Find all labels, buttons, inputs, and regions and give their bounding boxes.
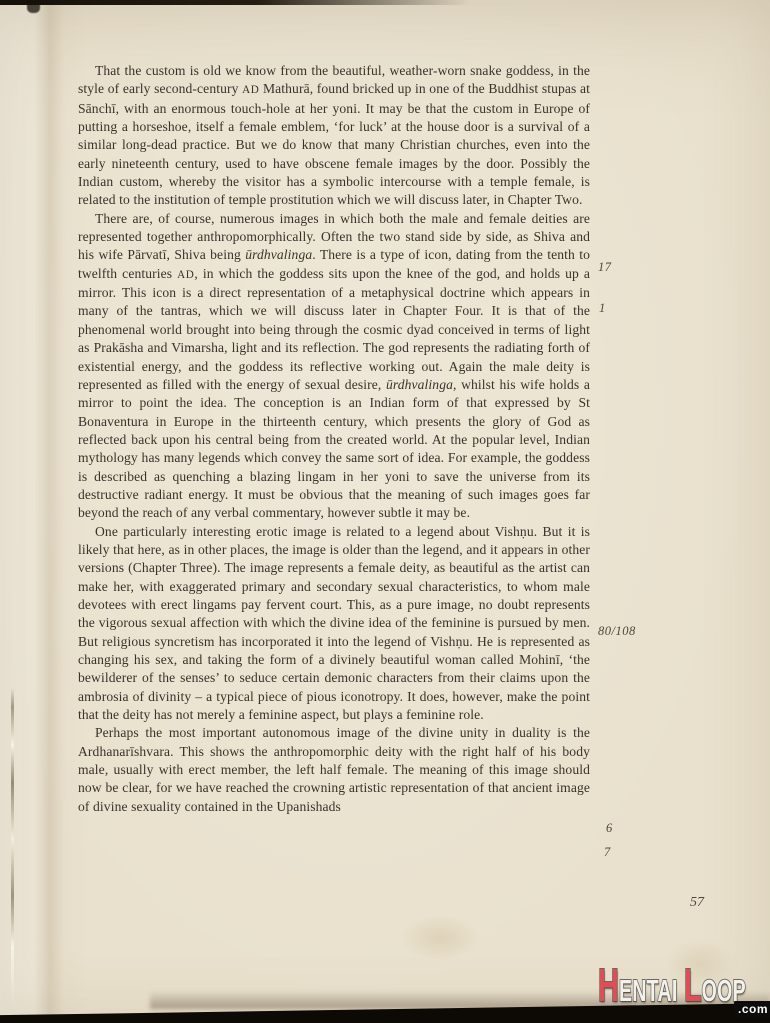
margin-plate-ref: 6	[606, 821, 613, 836]
watermark-letter-l: L	[684, 959, 702, 1011]
margin-plate-ref: 80/108	[598, 624, 636, 639]
page-number: 57	[690, 895, 704, 911]
binding-thread	[11, 688, 14, 1003]
watermark-letter-h: H	[598, 959, 619, 1011]
paragraph: Perhaps the most important autonomous im…	[78, 724, 590, 816]
watermark-letters-entai: ENTAI	[619, 973, 678, 1008]
margin-plate-ref: 7	[604, 845, 611, 860]
text-block: That the custom is old we know from the …	[78, 62, 590, 816]
paragraph: There are, of course, numerous images in…	[78, 210, 590, 523]
site-watermark: HENTAILOOP .com	[598, 964, 770, 1009]
scan-edge-top	[0, 0, 470, 5]
scan-corner-mark	[27, 0, 40, 13]
paper-stain	[400, 915, 480, 961]
watermark-letters: HENTAILOOP	[598, 964, 746, 1009]
scanned-book-page: That the custom is old we know from the …	[0, 0, 770, 1023]
paragraph: One particularly interesting erotic imag…	[78, 523, 590, 725]
watermark-dotcom-badge: .com	[734, 1001, 770, 1018]
margin-plate-ref: 17	[598, 260, 612, 275]
paragraph: That the custom is old we know from the …	[78, 62, 590, 210]
margin-plate-ref: 1	[599, 301, 606, 316]
